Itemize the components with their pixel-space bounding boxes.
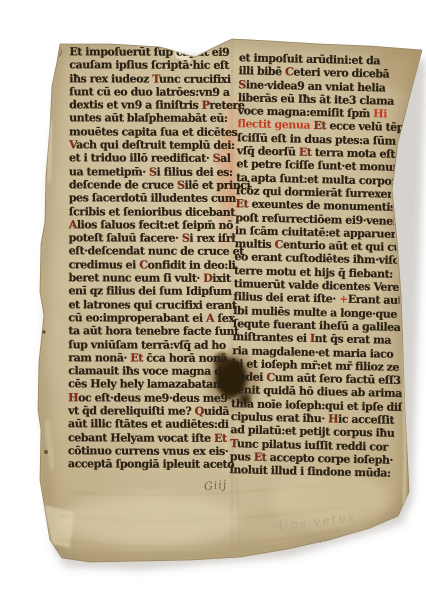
text-line: credimus ei Confidit in deo:li [69, 258, 219, 272]
text-line: acceptā ſpongiā ipleuit aceto [68, 457, 218, 471]
text-line: enī qz filius dei ſum Idipſum [68, 285, 218, 299]
text-line: ſunt cū eo duo latrōes:vn9 a [69, 85, 219, 99]
page-content: ∂ Et impoſuerūt ſup caput ei9cauſam ipſi… [0, 0, 426, 600]
text-line: ta aūt hora tenebre facte ſunt [68, 324, 218, 338]
text-line: inoluit illud i ſindone mūda: [229, 463, 405, 480]
text-line: ua temetipm̄· Si filius dei es: [69, 165, 219, 179]
text-line: Vach qui deſtruit templū dei: [69, 138, 219, 152]
text-line: Hoc eſt·deus me9·deus me9· [68, 391, 218, 405]
text-line: clamauit iħs voce magna di [68, 364, 218, 378]
text-line: dextis et vn9 a ſiniſtris Pretere [69, 98, 219, 112]
text-column-right: et impoſuit arūdini:et dailli bibē Ceter… [229, 51, 415, 480]
text-line: eſt·deſcendat nunc de cruce et [69, 245, 219, 259]
text-line: vt q̄d dereliquiſti me? Quidā [68, 404, 218, 418]
text-line: poteſt ſaluū facere· Si rex iſrł [69, 231, 219, 245]
text-line: et latrones qui crucifixi erant [68, 298, 218, 312]
text-line: cōtinuo currens vnus ex eis· [68, 444, 218, 458]
text-column-left: Et impoſuerūt ſup caput ei9cauſam ipſius… [68, 45, 219, 471]
text-line: beret nunc eum ſi vult· Dixit [69, 271, 219, 285]
text-line: deſcende de cruce Silē et princi [69, 178, 219, 192]
pencil-annotation: Ups vetus [277, 510, 356, 533]
text-line: ram nonā· Et c̄ca horā nonā [68, 351, 218, 365]
text-line: et i triduo illō reedificat· Sal [69, 152, 219, 166]
text-line: ſup vniūſam terrā:vſq̄ ad ho [68, 338, 218, 352]
text-line: mouētes capita ſua et dicētes [69, 125, 219, 139]
text-line: cauſam ipſius ſcriptā·hic eſt [69, 58, 219, 72]
text-line: cū eo:improperabant ei A ſex [68, 311, 218, 325]
manuscript-page: ∂ Et impoſuerūt ſup caput ei9cauſam ipſi… [0, 0, 426, 600]
text-line: ſcribis et ſenioribus dicebant [69, 205, 219, 219]
text-line: cebant Helyam vocat iſte Et [68, 431, 218, 445]
text-line: untes aūt blaſphemabāt eū: [69, 112, 219, 126]
text-line: pes ſacerdotū illudentes cum [69, 191, 219, 205]
text-line: iħs rex iudeoz Tunc crucifixi [69, 72, 219, 86]
text-line: Alios ſaluos fecit:et ſeipm̄ nō [69, 218, 219, 232]
text-line: aūt illic ſtātes et audiētes:di [68, 417, 218, 431]
text-line: cēs Hely hely lamazabatani: [68, 378, 218, 392]
quire-signature: Giij [203, 478, 227, 493]
